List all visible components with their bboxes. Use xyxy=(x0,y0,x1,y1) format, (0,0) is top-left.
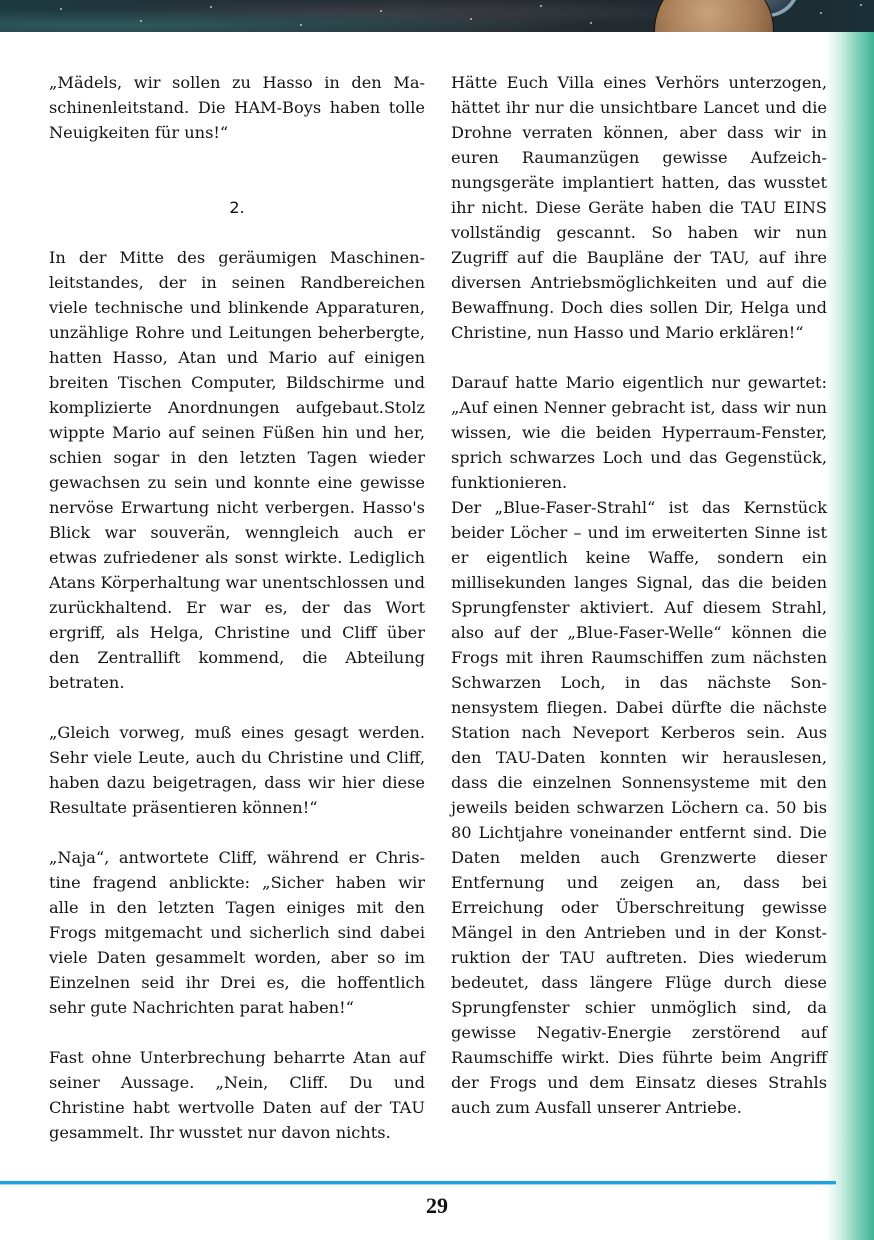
paragraph: Darauf hatte Mario eigentlich nur gewar­… xyxy=(451,370,827,495)
right-column: Hätte Euch Villa eines Verhörs unterzoge… xyxy=(451,70,827,1120)
star-decoration xyxy=(540,5,542,7)
star-decoration xyxy=(380,10,382,12)
section-number: 2. xyxy=(49,195,425,220)
paragraph: Fast ohne Unterbrechung beharrte Atan au… xyxy=(49,1045,425,1145)
star-decoration xyxy=(590,22,592,24)
paragraph: „Mädels, wir sollen zu Hasso in den Ma­s… xyxy=(49,70,425,145)
left-column: „Mädels, wir sollen zu Hasso in den Ma­s… xyxy=(49,70,425,1145)
paragraph: Der „Blue-Faser-Strahl“ ist das Kernstüc… xyxy=(451,495,827,1120)
star-decoration xyxy=(470,18,472,20)
star-decoration xyxy=(820,12,822,14)
star-decoration xyxy=(140,20,142,22)
paragraph: „Gleich vorweg, muß eines gesagt werden.… xyxy=(49,720,425,820)
paragraph: Hätte Euch Villa eines Verhörs unterzoge… xyxy=(451,70,827,345)
star-decoration xyxy=(300,24,302,26)
star-decoration xyxy=(860,4,862,6)
star-decoration xyxy=(210,6,212,8)
star-decoration xyxy=(60,8,62,10)
paragraph: In der Mitte des geräumigen Maschinen­le… xyxy=(49,245,425,695)
footer-divider xyxy=(0,1184,836,1185)
side-accent-band xyxy=(826,32,874,1240)
planet-icon xyxy=(655,0,773,32)
page-number: 29 xyxy=(0,1193,874,1219)
header-banner xyxy=(0,0,874,32)
paragraph: „Naja“, antwortete Cliff, während er Chr… xyxy=(49,845,425,1020)
